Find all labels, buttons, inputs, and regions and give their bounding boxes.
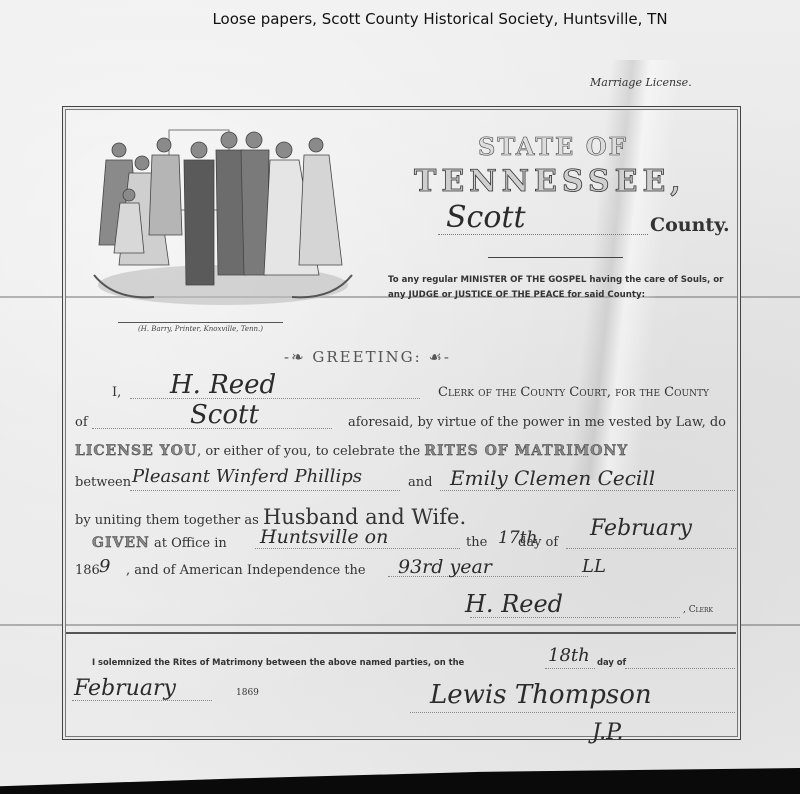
solemn-month-value: February bbox=[74, 676, 176, 701]
greeting-text: GREETING: bbox=[312, 348, 421, 366]
solemnization-text: I solemnized the Rites of Matrimony betw… bbox=[92, 657, 464, 667]
officiant-title: J.P. bbox=[592, 720, 623, 745]
header-state-of: STATE OF bbox=[478, 132, 628, 161]
solemn-day-line bbox=[545, 668, 595, 669]
given-text: GIVEN bbox=[92, 535, 150, 551]
uniting-text: by uniting them together as bbox=[75, 513, 259, 528]
flourish-right-icon: ☙- bbox=[422, 348, 451, 366]
header-tennessee: TENNESSEE, bbox=[414, 164, 686, 199]
header-county-value: Scott bbox=[446, 200, 526, 235]
clerk-of-text: Clerk of the County Court, for the Count… bbox=[438, 385, 709, 400]
independence-text: , and of American Independence the bbox=[126, 563, 366, 578]
solemn-year: 1869 bbox=[236, 688, 259, 698]
license-you-text: LICENSE YOU bbox=[75, 443, 197, 459]
place-value: Huntsville on bbox=[260, 526, 388, 548]
section-divider bbox=[66, 632, 736, 634]
solemn-day-of-label: day of bbox=[597, 657, 626, 667]
independence-year-value: 93rd year bbox=[398, 556, 492, 578]
printer-credit: (H. Barry, Printer, Knoxville, Tenn.) bbox=[118, 322, 283, 333]
header-county-label: County. bbox=[650, 214, 730, 236]
solemn-month-line-end bbox=[625, 668, 735, 669]
rites-text: RITES OF MATRIMONY bbox=[424, 443, 628, 459]
groom-name: Pleasant Winferd Phillips bbox=[132, 466, 362, 487]
the-label: the bbox=[466, 535, 487, 550]
officiant-signature: Lewis Thompson bbox=[430, 680, 652, 710]
of-label: of bbox=[75, 415, 88, 430]
groom-line bbox=[130, 490, 400, 491]
flourish-left-icon: -❧ bbox=[284, 348, 312, 366]
solemn-day-value: 18th bbox=[548, 645, 590, 666]
office-text: at Office in bbox=[154, 536, 227, 551]
independence-initials: LL bbox=[582, 556, 606, 577]
given-line: GIVEN at Office in bbox=[92, 535, 227, 551]
day-of-label: day of bbox=[518, 535, 558, 550]
year-digit: 9 bbox=[99, 556, 110, 577]
aforesaid-text: aforesaid, by virtue of the power in me … bbox=[348, 415, 726, 430]
bride-name: Emily Clemen Cecill bbox=[450, 466, 655, 490]
archive-caption: Loose papers, Scott County Historical So… bbox=[0, 10, 800, 28]
clerk-label: , Clerk bbox=[683, 605, 713, 615]
month-line bbox=[566, 548, 736, 549]
body-county-value: Scott bbox=[190, 400, 259, 430]
month-value: February bbox=[590, 516, 692, 541]
year-prefix: 186 bbox=[75, 563, 100, 578]
greeting-heading: -❧ GREETING: ☙- bbox=[284, 348, 451, 366]
clerk-signature: H. Reed bbox=[465, 590, 563, 618]
i-label: I, bbox=[112, 385, 121, 400]
clerk-name: H. Reed bbox=[170, 370, 276, 400]
celebrate-text: , or either of you, to celebrate the bbox=[197, 444, 420, 459]
between-label: between bbox=[75, 475, 131, 490]
form-type-label: Marriage License. bbox=[590, 76, 692, 89]
wedding-scene-illustration bbox=[84, 125, 362, 310]
address-text: To any regular MINISTER OF THE GOSPEL ha… bbox=[388, 273, 738, 303]
header-rule bbox=[488, 257, 623, 258]
officiant-line bbox=[410, 712, 735, 713]
place-line bbox=[255, 548, 460, 549]
and-label: and bbox=[408, 475, 432, 490]
bride-line bbox=[440, 490, 735, 491]
license-line: LICENSE YOU, or either of you, to celebr… bbox=[75, 443, 628, 459]
